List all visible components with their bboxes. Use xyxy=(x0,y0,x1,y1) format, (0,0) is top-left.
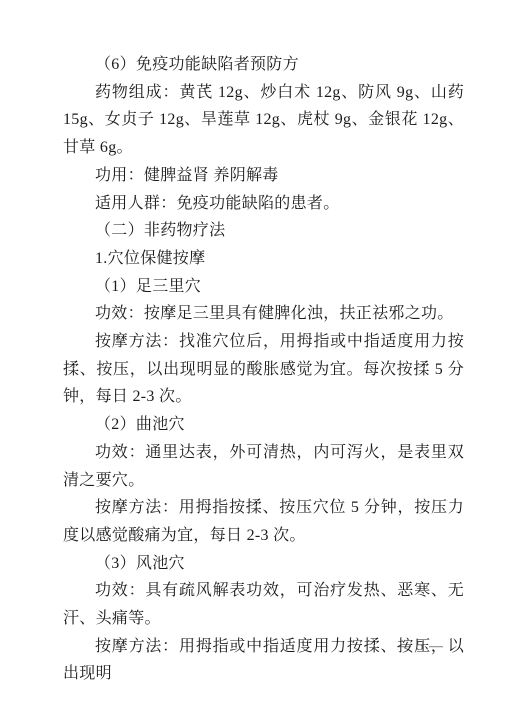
para-function: 功用：健脾益肾 养阴解毒 xyxy=(63,162,464,190)
para-quchi-method: 按摩方法：用拇指按揉、按压穴位 5 分钟，按压力度以感觉酸痛为宜，每日 2-3 … xyxy=(63,494,464,549)
heading-acupoint-massage: 1.穴位保健按摩 xyxy=(63,245,464,273)
heading-acupoint-1-zusanli: （1）足三里穴 xyxy=(63,273,464,301)
heading-acupoint-3-fengchi: （3）风池穴 xyxy=(63,550,464,578)
document-page: （6）免疫功能缺陷者预防方 药物组成：黄芪 12g、炒白术 12g、防风 9g、… xyxy=(0,0,527,704)
page-number: — 5 — xyxy=(397,639,444,655)
heading-prescription-6: （6）免疫功能缺陷者预防方 xyxy=(63,51,464,79)
document-body: （6）免疫功能缺陷者预防方 药物组成：黄芪 12g、炒白术 12g、防风 9g、… xyxy=(63,51,464,688)
para-applicable-people: 适用人群：免疫功能缺陷的患者。 xyxy=(63,190,464,218)
heading-acupoint-2-quchi: （2）曲池穴 xyxy=(63,411,464,439)
heading-section-2-non-drug-therapy: （二）非药物疗法 xyxy=(63,217,464,245)
para-quchi-effect: 功效：通里达表，外可清热，内可泻火，是表里双清之要穴。 xyxy=(63,439,464,494)
para-fengchi-effect: 功效：具有疏风解表功效，可治疗发热、恶寒、无汗、头痛等。 xyxy=(63,577,464,632)
para-zusanli-method: 按摩方法：找准穴位后，用拇指或中指适度用力按揉、按压，以出现明显的酸胀感觉为宜。… xyxy=(63,328,464,411)
para-drug-composition: 药物组成：黄芪 12g、炒白术 12g、防风 9g、山药 15g、女贞子 12g… xyxy=(63,79,464,162)
para-zusanli-effect: 功效：按摩足三里具有健脾化浊，扶正祛邪之功。 xyxy=(63,300,464,328)
